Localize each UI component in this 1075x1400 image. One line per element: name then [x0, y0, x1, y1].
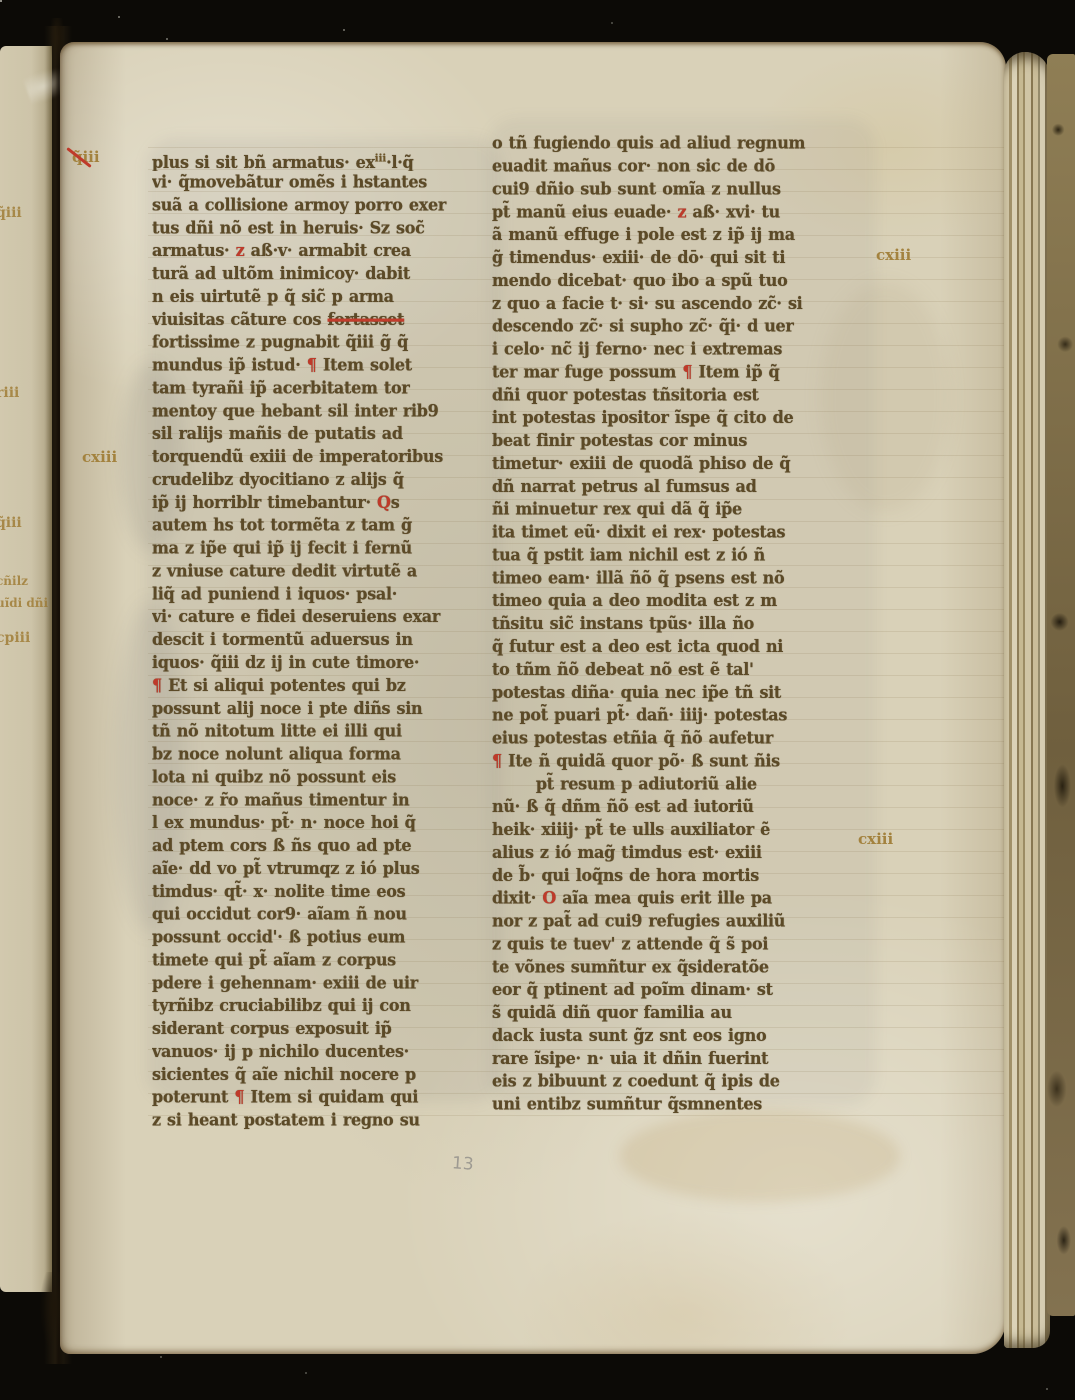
text-segment: n eis uirtutẽ p q̃ sic̃ p arma [152, 286, 394, 306]
manuscript-page: q̃iii cxiii cxiii cxiii plus si sit bñ a… [60, 42, 1006, 1354]
manuscript-line: ip̃ ij horriblr timebantur· Qs [152, 491, 498, 514]
margin-note-chapter-right-1: cxiii [876, 246, 911, 264]
text-segment: nor z pat̃ ad cui9 refugies auxiliũ [492, 911, 785, 931]
manuscript-line: mundus ip̃ istud· ¶ Item solet [152, 354, 498, 377]
text-segment: i celo· nc̃ ij ferno· nec i extremas [492, 339, 782, 359]
manuscript-line: tyrñibz cruciabilibz qui ij con [152, 995, 498, 1018]
text-column-left: plus si sit bñ armatus· exiii·l·q̃vi· q̃… [152, 148, 498, 1132]
text-segment: ma z ip̃e qui ip̃ ij fecit i fernũ [152, 538, 412, 558]
text-segment: potestas diña· quia nec ip̃e tñ sit [492, 682, 781, 702]
manuscript-line: z vniuse cature dedit virtutẽ a [152, 560, 498, 583]
text-segment: poterunt [152, 1087, 234, 1107]
text-segment: pt̃ resum p adiutoriũ alie [492, 774, 757, 794]
text-segment: s [391, 492, 400, 512]
manuscript-line: z quis te tuev' z attende q̃ s̃ poi [492, 933, 870, 956]
text-segment: beat finir potestas cor minus [492, 430, 747, 450]
manuscript-line: pt̃ manũ eius euade· z aß· xvi· tu [492, 201, 870, 224]
text-segment: Item ip̃ q̃ [692, 362, 779, 382]
manuscript-line: s̃ quidã diñ quor familia au [492, 1001, 870, 1024]
text-segment: tñ nõ nitotum litte ei illi qui [152, 721, 402, 741]
manuscript-line: tñsitu sic̃ instans tpũs· illa ño [492, 612, 870, 635]
text-segment: int potestas ipositor ĩspe q̃ cito de [492, 408, 793, 428]
manuscript-line: timeo eam· illã ñõ q̃ psens est nõ [492, 567, 870, 590]
manuscript-line: cui9 dñio sub sunt omĩa z nullus [492, 178, 870, 201]
facing-margin-fragment: q̃iii [0, 515, 22, 531]
manuscript-line: g̃ timendus· exiii· de dō· qui sit ti [492, 246, 870, 269]
manuscript-line: vanuos· ij p nichilo ducentes· [152, 1040, 498, 1063]
page-edges-stack [1004, 52, 1050, 1348]
manuscript-line: pt̃ resum p adiutoriũ alie [492, 773, 870, 796]
text-segment: ita timet eũ· dixit ei rex· potestas [492, 522, 785, 542]
manuscript-line: timete qui pt̃ aĩam z corpus [152, 949, 498, 972]
margin-note-chapter-left: cxiii [82, 448, 117, 466]
text-segment: torquendũ exiii de imperatoribus [152, 446, 443, 466]
text-segment: tus dñi nõ est in heruis· Sz soc̃ [152, 218, 425, 238]
manuscript-line: z si heant postatem i regno su [152, 1109, 498, 1132]
text-segment: lota ni quibz nõ possunt eis [152, 767, 396, 787]
text-segment: tyrñibz cruciabilibz qui ij con [152, 996, 411, 1016]
text-segment: plus si sit bñ armatus· ex [152, 153, 375, 171]
manuscript-line: ñi minuetur rex qui dã q̃ ip̃e [492, 498, 870, 521]
manuscript-line: int potestas ipositor ĩspe q̃ cito de [492, 407, 870, 430]
text-segment: dack iusta sunt g̃z snt eos igno [492, 1025, 766, 1045]
rubric-segment: ¶ [234, 1087, 244, 1107]
manuscript-line: vi· cature e fidei deseruiens exar [152, 606, 498, 629]
text-segment: aĩa mea quis erit ille pa [556, 888, 772, 908]
text-segment: alius z ió mag̃ timdus est· exiii [492, 842, 762, 862]
text-segment: armatus· [152, 241, 236, 261]
text-segment: Ite ñ quidã quor põ· ß sunt ñis [502, 751, 780, 771]
text-segment: timeo quia a deo modita est z m [492, 591, 777, 611]
manuscript-line: rare ĩsipe· n· uia it dñin fuerint [492, 1047, 870, 1070]
facing-margin-fragment: riii [0, 385, 19, 401]
manuscript-line: euadit mañus cor· non sic de dō [492, 155, 870, 178]
text-column-right: o tñ fugiendo quis ad aliud regnumeuadit… [492, 132, 870, 1116]
facing-margin-fragment: cñilz [0, 574, 28, 588]
manuscript-line: potestas diña· quia nec ip̃e tñ sit [492, 681, 870, 704]
text-segment: o tñ fugiendo quis ad aliud regnum [492, 133, 805, 153]
manuscript-line: noce· z r̃o mañus timentur in [152, 789, 498, 812]
stain [620, 1110, 900, 1202]
manuscript-line: bz noce nolunt aliqua forma [152, 743, 498, 766]
manuscript-line: aĩe· dd vo pt̃ vtrumqz z ió plus [152, 857, 498, 880]
text-segment: dixit· [492, 888, 542, 908]
text-segment: eius potestas etñia q̃ ñõ aufetur [492, 728, 773, 748]
text-segment: mundus ip̃ istud· [152, 355, 307, 375]
dust-specks [0, 0, 2, 2]
manuscript-line: tam tyrañi ip̃ acerbitatem tor [152, 377, 498, 400]
rubric-segment: z [677, 202, 686, 222]
manuscript-line: ¶ Ite ñ quidã quor põ· ß sunt ñis [492, 750, 870, 773]
text-segment: l ex mundus· pt̃· n· noce hoi q̃ [152, 813, 416, 833]
text-segment: iquos· q̃iii dz ij in cute timore· [152, 652, 419, 672]
manuscript-line: lota ni quibz nõ possunt eis [152, 766, 498, 789]
text-segment: iii [375, 153, 386, 164]
manuscript-line: possunt occid'· ß potius eum [152, 926, 498, 949]
text-segment: q̃ futur est a deo est icta quod ni [492, 636, 783, 656]
text-segment: vi· q̃movebãtur omẽs i hstantes [152, 172, 427, 192]
text-segment: z quo a facie t· si· su ascendo zc̃· si [492, 293, 802, 313]
text-segment: de b̃· qui loq̃ns de hora mortis [492, 865, 759, 885]
text-segment: ad ptem cors ß ñs quo ad pte [152, 835, 411, 855]
text-segment: crudelibz dyocitiano z alijs q̃ [152, 469, 404, 489]
rubric-segment: ¶ [492, 751, 502, 771]
manuscript-line: mendo dicebat· quo ibo a spũ tuo [492, 269, 870, 292]
manuscript-line: armatus· z aß·v· armabit crea [152, 240, 498, 263]
text-segment: Item si quidam qui [244, 1087, 418, 1107]
text-segment: z vniuse cature dedit virtutẽ a [152, 561, 417, 581]
manuscript-line: nũ· ß q̃ dñm ñõ est ad iutoriũ [492, 796, 870, 819]
text-segment: ã manũ effuge i pole est z ip̃ ij ma [492, 225, 795, 245]
manuscript-line: eius potestas etñia q̃ ñõ aufetur [492, 727, 870, 750]
rubric-segment: fortasset [328, 309, 405, 329]
manuscript-line: mentoy que hebant sil inter rib9 [152, 400, 498, 423]
text-segment: tñsitu sic̃ instans tpũs· illa ño [492, 614, 754, 634]
rubric-segment: O [542, 888, 556, 908]
manuscript-line: te võnes sumñtur ex q̃sideratõe [492, 956, 870, 979]
nota-mark: q̃iii [72, 148, 100, 166]
manuscript-line: tñ nõ nitotum litte ei illi qui [152, 720, 498, 743]
manuscript-line: crudelibz dyocitiano z alijs q̃ [152, 468, 498, 491]
text-segment: rare ĩsipe· n· uia it dñin fuerint [492, 1048, 768, 1068]
text-segment: uni entibz sumñtur q̃smnentes [492, 1094, 762, 1114]
manuscript-line: i celo· nc̃ ij ferno· nec i extremas [492, 338, 870, 361]
text-segment: vanuos· ij p nichilo ducentes· [152, 1041, 409, 1061]
manuscript-line: poterunt ¶ Item si quidam qui [152, 1086, 498, 1109]
manuscript-line: qui occidut cor9· aĩam ñ nou [152, 903, 498, 926]
manuscript-line: ¶ Et si aliqui potentes qui bz [152, 674, 498, 697]
text-segment: mentoy que hebant sil inter rib9 [152, 401, 438, 421]
manuscript-line: dñ narrat petrus al fumsus ad [492, 475, 870, 498]
manuscript-line: timeo quia a deo modita est z m [492, 590, 870, 613]
manuscript-line: pdere i gehennam· exiii de uir [152, 972, 498, 995]
text-segment: siderant corpus exposuit ip̃ [152, 1018, 392, 1038]
text-segment: to tñm ñõ debeat nõ est ẽ tal' [492, 659, 754, 679]
manuscript-line: ter mar fuge possum ¶ Item ip̃ q̃ [492, 361, 870, 384]
text-segment: ñi minuetur rex qui dã q̃ ip̃e [492, 499, 742, 519]
facing-margin-fragment: cpiii [0, 630, 30, 646]
manuscript-line: siderant corpus exposuit ip̃ [152, 1017, 498, 1040]
manuscript-line: timdus· qt̃· x· nolite time eos [152, 880, 498, 903]
manuscript-line: liq̃ ad puniend i iquos· psal· [152, 583, 498, 606]
text-segment: z si heant postatem i regno su [152, 1110, 420, 1130]
manuscript-line: tus dñi nõ est in heruis· Sz soc̃ [152, 217, 498, 240]
manuscript-line: eor q̃ ptinent ad poĩm dinam· st [492, 979, 870, 1002]
manuscript-line: iquos· q̃iii dz ij in cute timore· [152, 651, 498, 674]
text-segment: vi· cature e fidei deseruiens exar [152, 607, 440, 627]
manuscript-line: torquendũ exiii de imperatoribus [152, 445, 498, 468]
text-segment: possunt alij noce i pte diñs sin [152, 698, 422, 718]
pencil-folio-number: 13 [451, 1153, 474, 1174]
manuscript-line: ad ptem cors ß ñs quo ad pte [152, 834, 498, 857]
manuscript-line: ne pot̃ puari pt̃· dañ· iiij· potestas [492, 704, 870, 727]
manuscript-line: turã ad ultõm inimicoy· dabit [152, 262, 498, 285]
manuscript-line: alius z ió mag̃ timdus est· exiii [492, 841, 870, 864]
text-segment: pt̃ manũ eius euade· [492, 202, 677, 222]
text-segment: suã a collisione armoy porro exer [152, 195, 446, 215]
text-segment: aß·v· armabit crea [244, 241, 410, 261]
binding-cover [1047, 54, 1075, 1316]
text-segment: noce· z r̃o mañus timentur in [152, 790, 409, 810]
manuscript-line: fortissime z pugnabit q̃iii g̃ q̃ [152, 331, 498, 354]
text-segment: eor q̃ ptinent ad poĩm dinam· st [492, 980, 773, 1000]
text-segment: sicientes q̃ aĩe nichil nocere p [152, 1064, 416, 1084]
manuscript-line: vi· q̃movebãtur omẽs i hstantes [152, 171, 498, 194]
text-segment: pdere i gehennam· exiii de uir [152, 973, 418, 993]
text-segment: mendo dicebat· quo ibo a spũ tuo [492, 270, 787, 290]
rubric-segment: ¶ [682, 362, 692, 382]
rubric-segment: Q [377, 492, 391, 512]
facing-margin-fragment: uĩdi dñi [0, 596, 48, 610]
manuscript-line: beat finir potestas cor minus [492, 429, 870, 452]
text-segment: euadit mañus cor· non sic de dō [492, 156, 775, 176]
text-segment: eis z bibuunt z coedunt q̃ ipis de [492, 1071, 780, 1091]
manuscript-line: possunt alij noce i pte diñs sin [152, 697, 498, 720]
rubric-segment: ¶ [152, 675, 162, 695]
text-segment: ip̃ ij horriblr timebantur· [152, 492, 377, 512]
text-segment: descendo zc̃· si supho zc̃· q̃i· d uer [492, 316, 794, 336]
text-segment: turã ad ultõm inimicoy· dabit [152, 263, 410, 283]
manuscript-line: n eis uirtutẽ p q̃ sic̃ p arma [152, 285, 498, 308]
text-segment: fortissime z pugnabit q̃iii g̃ q̃ [152, 332, 408, 352]
manuscript-line: nor z pat̃ ad cui9 refugies auxiliũ [492, 910, 870, 933]
text-segment: autem hs tot tormẽta z tam g̃ [152, 515, 412, 535]
text-segment: dñ narrat petrus al fumsus ad [492, 476, 757, 496]
manuscript-line: dñi quor potestas tñsitoria est [492, 384, 870, 407]
manuscript-line: to tñm ñõ debeat nõ est ẽ tal' [492, 658, 870, 681]
manuscript-line: de b̃· qui loq̃ns de hora mortis [492, 864, 870, 887]
facing-margin-fragment: q̃iii [0, 205, 22, 221]
text-segment: heik· xiiij· pt̃ te ulls auxiliator ẽ [492, 819, 770, 839]
text-segment: timdus· qt̃· x· nolite time eos [152, 881, 405, 901]
manuscript-line: plus si sit bñ armatus· exiii·l·q̃ [152, 148, 498, 171]
text-segment: timete qui pt̃ aĩam z corpus [152, 950, 396, 970]
manuscript-line: ita timet eũ· dixit ei rex· potestas [492, 521, 870, 544]
manuscript-line: tua q̃ pstit iam nichil est z ió ñ [492, 544, 870, 567]
manuscript-line: o tñ fugiendo quis ad aliud regnum [492, 132, 870, 155]
text-segment: possunt occid'· ß potius eum [152, 927, 405, 947]
text-segment: Item solet [317, 355, 412, 375]
manuscript-line: autem hs tot tormẽta z tam g̃ [152, 514, 498, 537]
manuscript-photo: q̃iii riii q̃iii cñilz uĩdi dñi cpiii q̃… [0, 0, 1075, 1400]
text-segment: ·l·q̃ [386, 153, 413, 171]
text-segment: cui9 dñio sub sunt omĩa z nullus [492, 179, 781, 199]
manuscript-line: dixit· O aĩa mea quis erit ille pa [492, 887, 870, 910]
rubric-segment: ¶ [307, 355, 317, 375]
manuscript-line: ma z ip̃e qui ip̃ ij fecit i fernũ [152, 537, 498, 560]
manuscript-line: l ex mundus· pt̃· n· noce hoi q̃ [152, 812, 498, 835]
text-segment: aß· xvi· tu [686, 202, 780, 222]
text-segment: s̃ quidã diñ quor familia au [492, 1002, 732, 1022]
text-segment: g̃ timendus· exiii· de dō· qui sit ti [492, 247, 785, 267]
manuscript-line: descit i tormentũ aduersus in [152, 628, 498, 651]
text-segment: dñi quor potestas tñsitoria est [492, 385, 759, 405]
text-segment: liq̃ ad puniend i iquos· psal· [152, 584, 397, 604]
text-segment: descit i tormentũ aduersus in [152, 630, 413, 650]
manuscript-line: viuisitas cãture cos fortasset [152, 308, 498, 331]
text-segment: ne pot̃ puari pt̃· dañ· iiij· potestas [492, 705, 787, 725]
text-segment: viuisitas cãture cos [152, 309, 328, 329]
manuscript-line: q̃ futur est a deo est icta quod ni [492, 635, 870, 658]
text-segment: tam tyrañi ip̃ acerbitatem tor [152, 378, 409, 398]
text-segment: Et si aliqui potentes qui bz [162, 675, 406, 695]
text-segment: qui occidut cor9· aĩam ñ nou [152, 904, 407, 924]
manuscript-line: eis z bibuunt z coedunt q̃ ipis de [492, 1070, 870, 1093]
manuscript-line: timetur· exiii de quodã phiso de q̃ [492, 452, 870, 475]
text-segment: timeo eam· illã ñõ q̃ psens est nõ [492, 568, 784, 588]
manuscript-line: ã manũ effuge i pole est z ip̃ ij ma [492, 224, 870, 247]
manuscript-line: z quo a facie t· si· su ascendo zc̃· si [492, 292, 870, 315]
manuscript-line: descendo zc̃· si supho zc̃· q̃i· d uer [492, 315, 870, 338]
manuscript-line: sicientes q̃ aĩe nichil nocere p [152, 1063, 498, 1086]
text-segment: tua q̃ pstit iam nichil est z ió ñ [492, 545, 765, 565]
manuscript-line: heik· xiiij· pt̃ te ulls auxiliator ẽ [492, 818, 870, 841]
text-segment: timetur· exiii de quodã phiso de q̃ [492, 453, 790, 473]
text-segment: nũ· ß q̃ dñm ñõ est ad iutoriũ [492, 797, 754, 817]
manuscript-line: dack iusta sunt g̃z snt eos igno [492, 1024, 870, 1047]
text-segment: sil ralijs mañis de putatis ad [152, 424, 403, 444]
text-segment: te võnes sumñtur ex q̃sideratõe [492, 957, 769, 977]
text-segment: z quis te tuev' z attende q̃ s̃ poi [492, 934, 768, 954]
manuscript-line: suã a collisione armoy porro exer [152, 194, 498, 217]
text-segment: ter mar fuge possum [492, 362, 682, 382]
manuscript-line: uni entibz sumñtur q̃smnentes [492, 1093, 870, 1116]
text-segment: aĩe· dd vo pt̃ vtrumqz z ió plus [152, 858, 420, 878]
text-segment: bz noce nolunt aliqua forma [152, 744, 401, 764]
manuscript-line: sil ralijs mañis de putatis ad [152, 423, 498, 446]
